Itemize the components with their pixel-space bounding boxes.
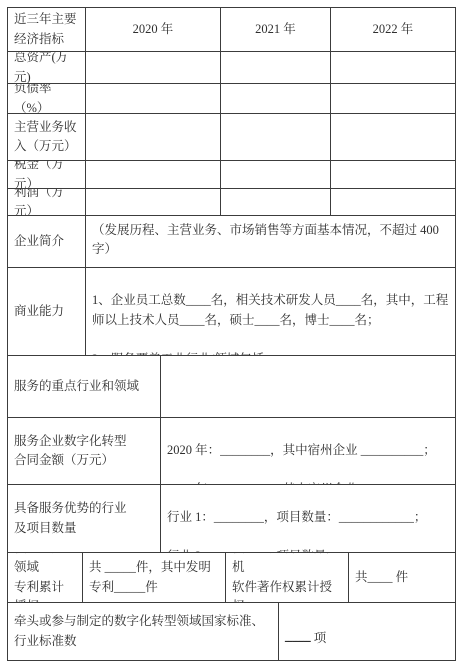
year-2021-header: 2021 年 <box>221 8 331 52</box>
profit-2020-cell <box>86 189 221 216</box>
advantage-industry-1-line: 行业 1：________，项目数量：____________； <box>167 508 449 527</box>
economic-indicators-label: 近三年主要经济指标 <box>8 8 86 52</box>
business-capability-label: 商业能力 <box>8 268 86 356</box>
main-revenue-2021-cell <box>221 114 331 161</box>
main-revenue-label: 主营业务收入（万元） <box>8 114 86 161</box>
application-form-table: 近三年主要经济指标 2020 年 2021 年 2022 年 总资产(万元) 负… <box>7 7 456 661</box>
contract-amount-content: 2020 年：________，其中宿州企业 __________； 2021 … <box>161 418 456 485</box>
tax-2021-cell <box>221 161 331 189</box>
patents-label: 核心业务领域 专利累计授权 <box>8 553 83 603</box>
row-company-profile: 企业简介 （发展历程、主营业务、市场销售等方面基本情况，不超过 400 字） <box>8 216 456 268</box>
total-assets-2022-cell <box>331 52 456 84</box>
tax-2020-cell <box>86 161 221 189</box>
profit-label: 利润（万元） <box>8 189 86 216</box>
patents-detail: 共 _____件，其中发明专利_____件 <box>83 553 226 603</box>
debt-ratio-label: 负债率（%） <box>8 84 86 114</box>
software-copyright-detail: 共____ 件 <box>349 553 456 603</box>
row-economic-header: 近三年主要经济指标 2020 年 2021 年 2022 年 <box>8 8 456 52</box>
profit-2022-cell <box>331 189 456 216</box>
row-patents: 核心业务领域 专利累计授权 共 _____件，其中发明专利_____件 核心业务… <box>8 553 456 603</box>
total-assets-2021-cell <box>221 52 331 84</box>
key-sectors-label: 服务的重点行业和领域 <box>8 356 161 418</box>
row-business-capability: 商业能力 1、企业员工总数____名，相关技术研发人员____名，其中，工程师以… <box>8 268 456 356</box>
profit-2021-cell <box>221 189 331 216</box>
year-2022-header: 2022 年 <box>331 8 456 52</box>
debt-ratio-2022-cell <box>331 84 456 114</box>
advantage-industries-content: 行业 1：________，项目数量：____________； 行业 2：__… <box>161 485 456 553</box>
business-capability-content: 1、企业员工总数____名，相关技术研发人员____名，其中，工程师以上技术人员… <box>86 268 456 356</box>
software-copyright-label: 核心业务领域计算机 软件著作权累计授权 <box>226 553 349 603</box>
standards-label: 牵头或参与制定的数字化转型领域国家标准、行业标准数 <box>8 603 279 661</box>
row-main-revenue: 主营业务收入（万元） <box>8 114 456 161</box>
tax-label: 税金（万元） <box>8 161 86 189</box>
row-total-assets: 总资产(万元) <box>8 52 456 84</box>
advantage-industries-label: 具备服务优势的行业 及项目数量 <box>8 485 161 553</box>
debt-ratio-2021-cell <box>221 84 331 114</box>
row-advantage-industries: 具备服务优势的行业 及项目数量 行业 1：________，项目数量：_____… <box>8 485 456 553</box>
tax-2022-cell <box>331 161 456 189</box>
company-profile-content: （发展历程、主营业务、市场销售等方面基本情况，不超过 400 字） <box>86 216 456 268</box>
year-2020-header: 2020 年 <box>86 8 221 52</box>
total-assets-2020-cell <box>86 52 221 84</box>
contract-amount-2020-line: 2020 年：________，其中宿州企业 __________； <box>167 441 449 460</box>
contract-amount-label: 服务企业数字化转型 合同金额（万元） <box>8 418 161 485</box>
row-debt-ratio: 负债率（%） <box>8 84 456 114</box>
debt-ratio-2020-cell <box>86 84 221 114</box>
total-assets-label: 总资产(万元) <box>8 52 86 84</box>
row-profit: 利润（万元） <box>8 189 456 216</box>
main-revenue-2020-cell <box>86 114 221 161</box>
company-profile-label: 企业简介 <box>8 216 86 268</box>
row-key-sectors: 服务的重点行业和领域 <box>8 356 456 418</box>
row-tax: 税金（万元） <box>8 161 456 189</box>
capability-line-staff: 1、企业员工总数____名，相关技术研发人员____名，其中，工程师以上技术人员… <box>92 291 449 330</box>
row-standards: 牵头或参与制定的数字化转型领域国家标准、行业标准数 ـــــــ 项 <box>8 603 456 661</box>
key-sectors-content-cell <box>161 356 456 418</box>
standards-count: ـــــــ 项 <box>279 603 456 661</box>
row-contract-amount: 服务企业数字化转型 合同金额（万元） 2020 年：________，其中宿州企… <box>8 418 456 485</box>
main-revenue-2022-cell <box>331 114 456 161</box>
